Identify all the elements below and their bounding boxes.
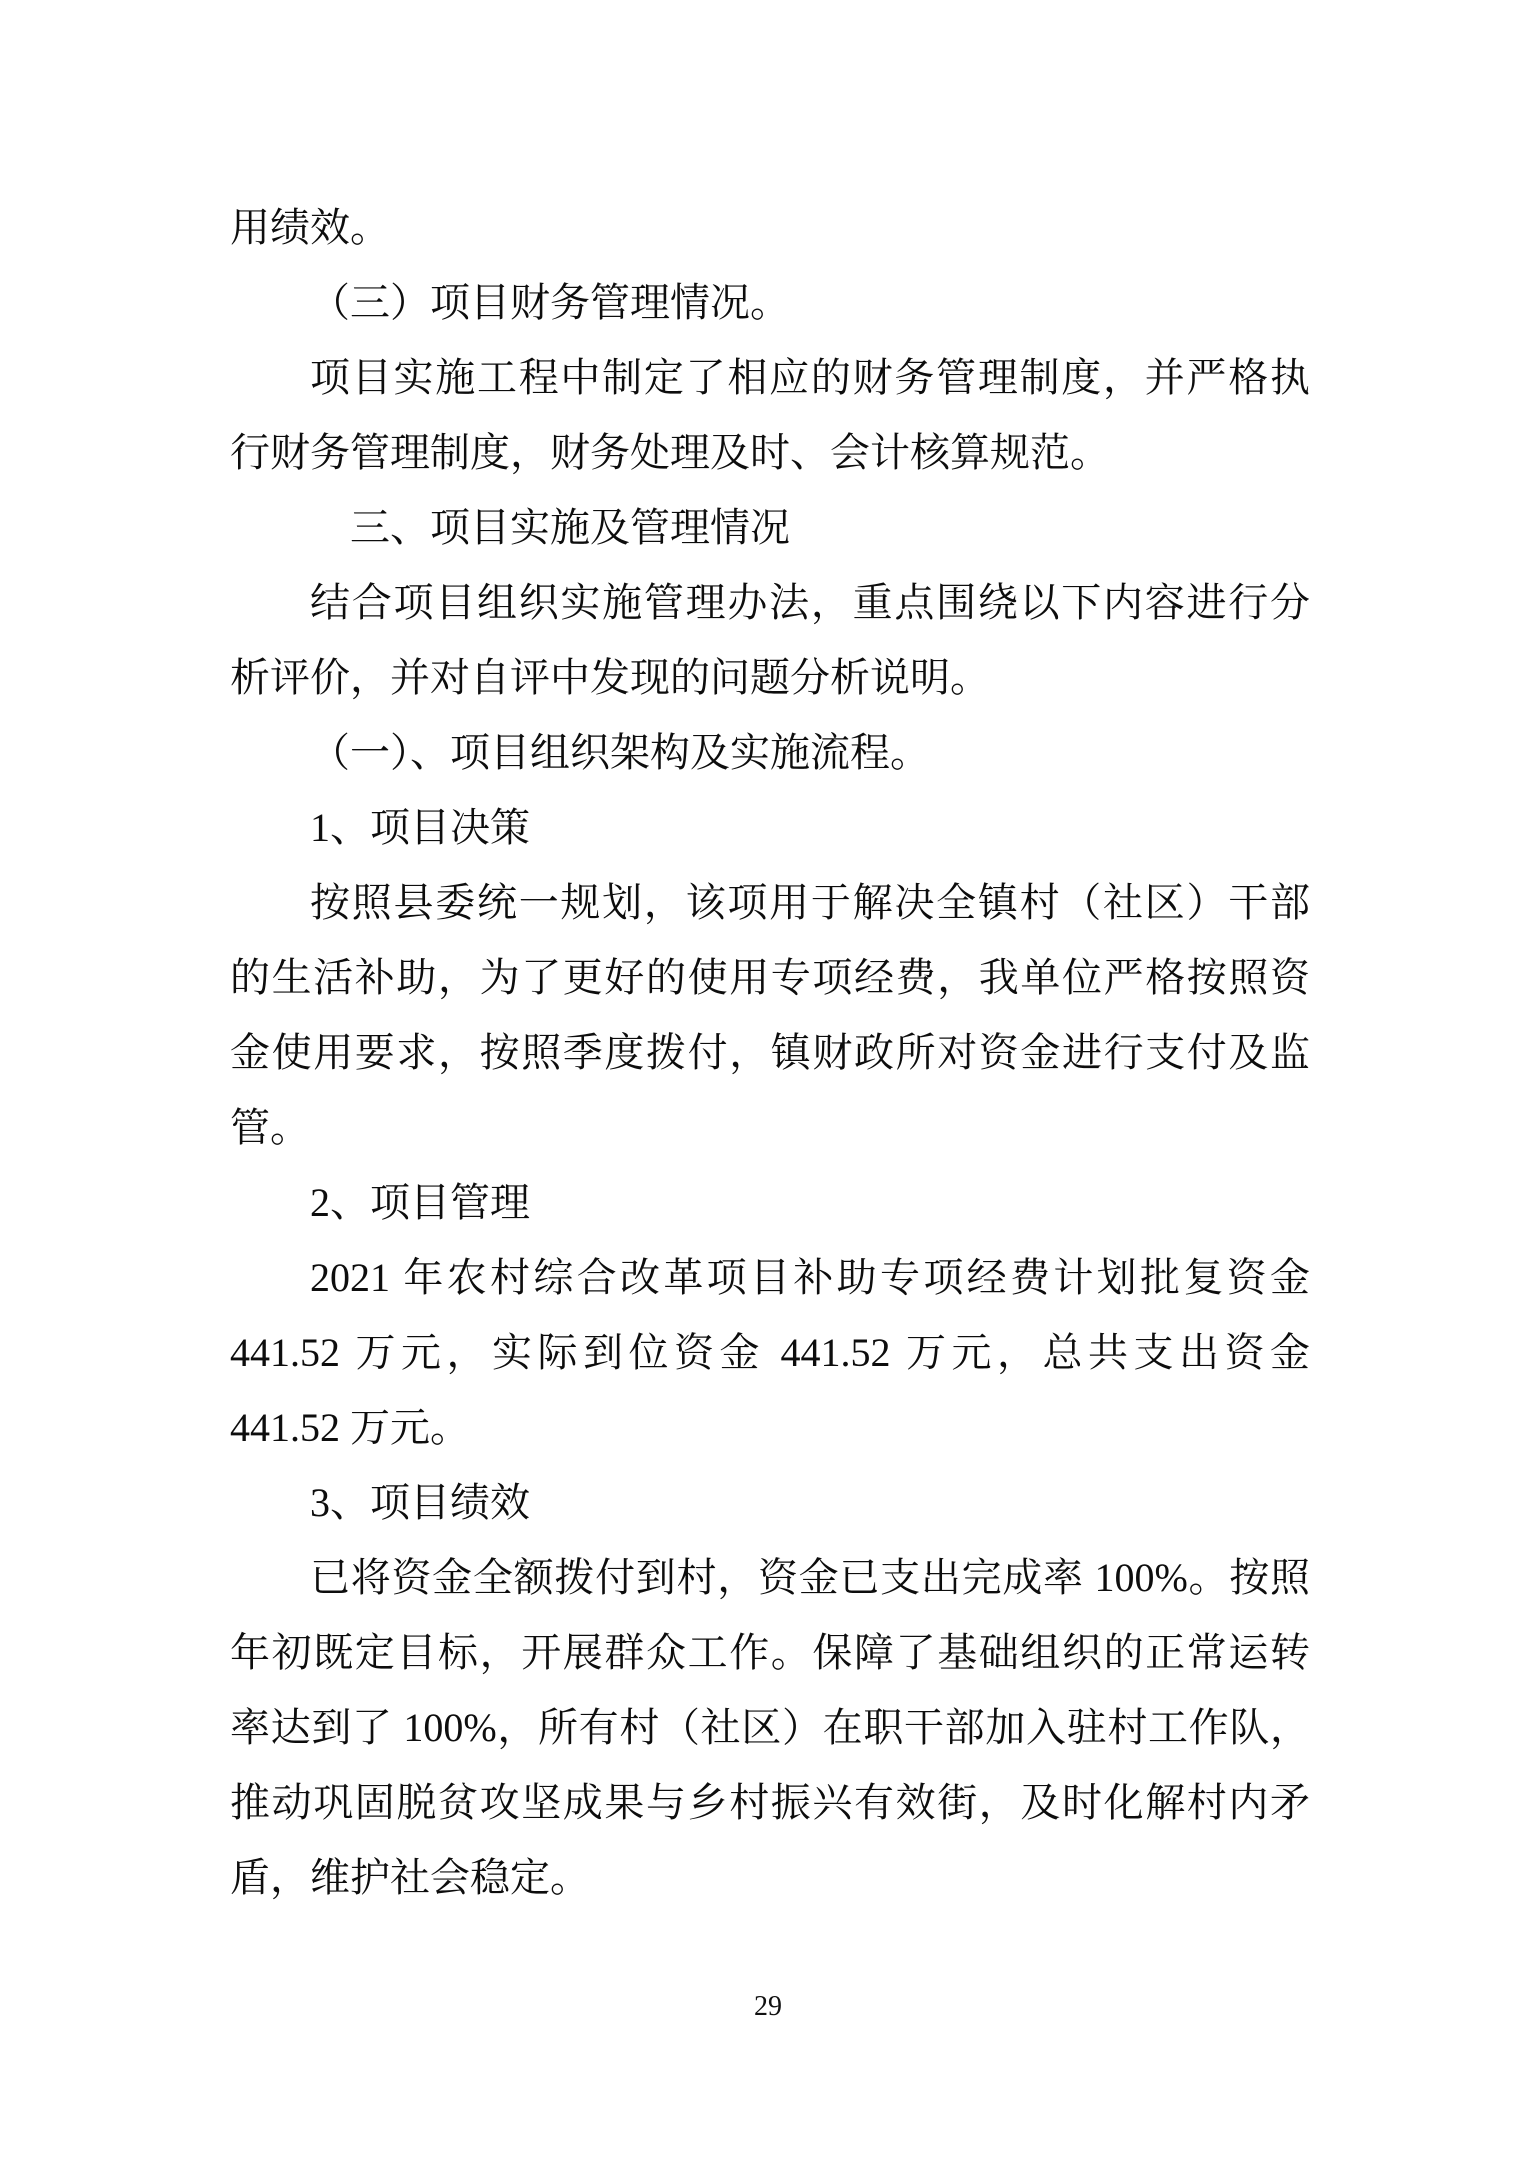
text-line: 金使用要求，按照季度拨付，镇财政所对资金进行支付及监	[230, 1015, 1310, 1090]
text-line: 441.52 万元，实际到位资金 441.52 万元，总共支出资金	[230, 1315, 1310, 1390]
text-line: 盾，维护社会稳定。	[230, 1840, 1310, 1915]
text-line: 按照县委统一规划，该项用于解决全镇村（社区）干部	[230, 865, 1310, 940]
text-line: 结合项目组织实施管理办法，重点围绕以下内容进行分	[230, 565, 1310, 640]
document-page: 用绩效。（三）项目财务管理情况。项目实施工程中制定了相应的财务管理制度，并严格执…	[0, 0, 1536, 2174]
document-body: 用绩效。（三）项目财务管理情况。项目实施工程中制定了相应的财务管理制度，并严格执…	[230, 190, 1310, 1915]
text-line: 1、项目决策	[230, 790, 1310, 865]
page-number: 29	[0, 1987, 1536, 2027]
text-line: 管。	[230, 1090, 1310, 1165]
text-line: 已将资金全额拨付到村，资金已支出完成率 100%。按照	[230, 1540, 1310, 1615]
text-line: 用绩效。	[230, 190, 1310, 265]
text-line: 的生活补助，为了更好的使用专项经费，我单位严格按照资	[230, 940, 1310, 1015]
text-line: （一）、项目组织架构及实施流程。	[230, 715, 1310, 790]
text-line: 年初既定目标，开展群众工作。保障了基础组织的正常运转	[230, 1615, 1310, 1690]
text-line: 3、项目绩效	[230, 1465, 1310, 1540]
text-line: 推动巩固脱贫攻坚成果与乡村振兴有效街，及时化解村内矛	[230, 1765, 1310, 1840]
text-line: （三）项目财务管理情况。	[230, 265, 1310, 340]
text-line: 项目实施工程中制定了相应的财务管理制度，并严格执	[230, 340, 1310, 415]
text-line: 率达到了 100%，所有村（社区）在职干部加入驻村工作队，	[230, 1690, 1310, 1765]
text-line: 441.52 万元。	[230, 1390, 1310, 1465]
text-line: 行财务管理制度，财务处理及时、会计核算规范。	[230, 415, 1310, 490]
text-line: 2、项目管理	[230, 1165, 1310, 1240]
text-line: 三、项目实施及管理情况	[230, 490, 1310, 565]
text-line: 2021 年农村综合改革项目补助专项经费计划批复资金	[230, 1240, 1310, 1315]
text-line: 析评价，并对自评中发现的问题分析说明。	[230, 640, 1310, 715]
